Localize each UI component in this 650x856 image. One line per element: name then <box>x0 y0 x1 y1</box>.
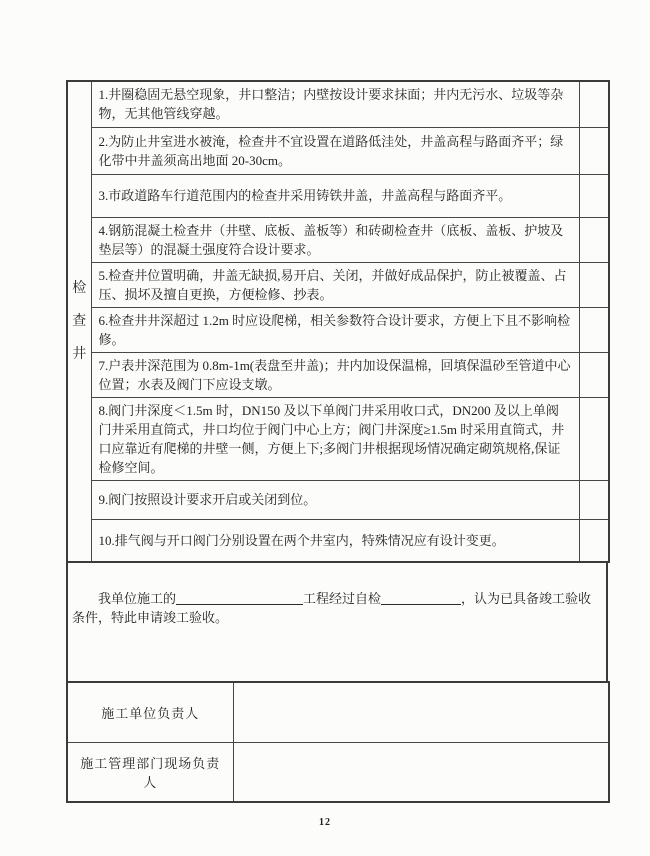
page-number: 12 <box>0 817 650 828</box>
item-text-1: 1.井圈稳固无悬空现象，井口整洁；内壁按设计要求抹面；井内无污水、垃圾等杂物，无… <box>91 81 579 127</box>
item-row-3: 3.市政道路车行道范围内的检查井采用铸铁井盖，井盖高程与路面齐平。 <box>67 174 609 217</box>
item-row-8: 8.阀门井深度＜1.5m 时，DN150 及以下单阀门井采用收口式，DN200 … <box>67 397 609 480</box>
item-text-2: 2.为防止井室进水被淹，检查井不宜设置在道路低洼处，井盖高程与路面齐平；绿化带中… <box>91 127 579 174</box>
item-check-cell-2 <box>579 127 609 174</box>
item-text-5: 5.检查井位置明确，井盖无缺损,易开启、关闭，并做好成品保护，防止被覆盖、占压、… <box>91 262 579 307</box>
signature-value-cell-2 <box>233 742 609 802</box>
item-check-cell-7 <box>579 352 609 397</box>
item-check-cell-4 <box>579 217 609 262</box>
item-text-6: 6.检查井井深超过 1.2m 时应设爬梯，相关参数符合设计要求，方便上下且不影响… <box>91 307 579 352</box>
statement-text-middle: 工程经过自检 <box>303 591 381 606</box>
item-check-cell-6 <box>579 307 609 352</box>
item-check-cell-8 <box>579 397 609 480</box>
item-check-cell-1 <box>579 81 609 127</box>
statement-row: 我单位施工的工程经过自检，认为已具备竣工验收条件，特此申请竣工验收。 <box>67 562 607 682</box>
item-row-4: 4.钢筋混凝土检查井（井壁、底板、盖板等）和砖砌检查井（底板、盖板、护坡及垫层等… <box>67 217 609 262</box>
signature-row-label-2: 施工管理部门现场负责人 <box>67 742 233 802</box>
signature-row-2: 施工管理部门现场负责人 <box>67 742 609 802</box>
item-text-8: 8.阀门井深度＜1.5m 时，DN150 及以下单阀门井采用收口式，DN200 … <box>91 397 579 480</box>
item-text-10: 10.排气阀与开口阀门分别设置在两个井室内，特殊情况应有设计变更。 <box>91 519 579 562</box>
item-text-4: 4.钢筋混凝土检查井（井壁、底板、盖板等）和砖砌检查井（底板、盖板、护坡及垫层等… <box>91 217 579 262</box>
row-group-label-cell: 检查井 <box>67 81 91 562</box>
item-check-cell-5 <box>579 262 609 307</box>
item-row-2: 2.为防止井室进水被淹，检查井不宜设置在道路低洼处，井盖高程与路面齐平；绿化带中… <box>67 127 609 174</box>
item-row-6: 6.检查井井深超过 1.2m 时应设爬梯，相关参数符合设计要求，方便上下且不影响… <box>67 307 609 352</box>
statement-text-lead: 我单位施工的 <box>98 591 176 606</box>
item-row-1: 检查井1.井圈稳固无悬空现象，井口整洁；内壁按设计要求抹面；井内无污水、垃圾等杂… <box>67 81 609 127</box>
statement-paragraph: 我单位施工的工程经过自检，认为已具备竣工验收条件，特此申请竣工验收。 <box>72 589 601 627</box>
item-text-7: 7.户表井深范围为 0.8m-1m(表盘至井盖)；井内加设保温棉，回填保温砂至管… <box>91 352 579 397</box>
item-check-cell-9 <box>579 480 609 519</box>
item-row-5: 5.检查井位置明确，井盖无缺损,易开启、关闭，并做好成品保护，防止被覆盖、占压、… <box>67 262 609 307</box>
signature-table: 施工单位负责人施工管理部门现场负责人 <box>66 681 610 803</box>
item-check-cell-10 <box>579 519 609 562</box>
document-page: 检查井1.井圈稳固无悬空现象，井口整洁；内壁按设计要求抹面；井内无污水、垃圾等杂… <box>0 0 650 856</box>
self-check-statement-cell: 我单位施工的工程经过自检，认为已具备竣工验收条件，特此申请竣工验收。 <box>67 562 607 682</box>
signature-row-label-1: 施工单位负责人 <box>67 682 233 742</box>
item-text-9: 9.阀门按照设计要求开启或关闭到位。 <box>91 480 579 519</box>
item-row-9: 9.阀门按照设计要求开启或关闭到位。 <box>67 480 609 519</box>
signature-value-cell-1 <box>233 682 609 742</box>
item-check-cell-3 <box>579 174 609 217</box>
row-group-label-text: 检查井 <box>72 272 87 371</box>
item-text-3: 3.市政道路车行道范围内的检查井采用铸铁井盖，井盖高程与路面齐平。 <box>91 174 579 217</box>
self-check-blank-field <box>381 592 461 605</box>
project-name-blank-field <box>176 592 303 605</box>
item-row-7: 7.户表井深范围为 0.8m-1m(表盘至井盖)；井内加设保温棉，回填保温砂至管… <box>67 352 609 397</box>
item-row-10: 10.排气阀与开口阀门分别设置在两个井室内，特殊情况应有设计变更。 <box>67 519 609 562</box>
signature-row-1: 施工单位负责人 <box>67 682 609 742</box>
inspection-items-table: 检查井1.井圈稳固无悬空现象，井口整洁；内壁按设计要求抹面；井内无污水、垃圾等杂… <box>66 80 610 563</box>
statement-section: 我单位施工的工程经过自检，认为已具备竣工验收条件，特此申请竣工验收。 <box>66 561 608 683</box>
